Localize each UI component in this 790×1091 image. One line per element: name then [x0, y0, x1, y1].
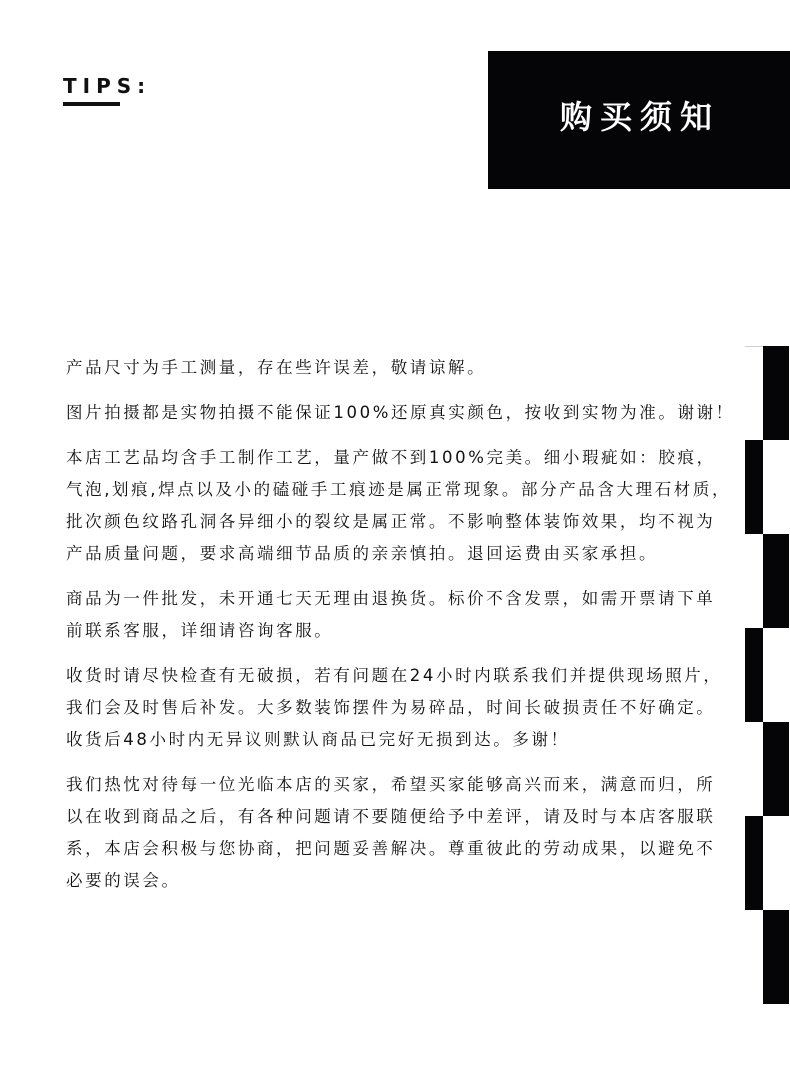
paragraph-line: 我们热忱对待每一位光临本店的买家，希望买家能够高兴而来，满意而归，所 [66, 769, 746, 801]
paragraph-line: 收货后48小时内无异议则默认商品已完好无损到达。多谢！ [66, 724, 746, 756]
paragraph-line: 商品为一件批发，未开通七天无理由退换货。标价不含发票，如需开票请下单 [66, 583, 746, 615]
paragraph-line: 产品尺寸为手工测量，存在些许误差，敬请谅解。 [66, 352, 746, 384]
tips-underline [63, 102, 120, 106]
paragraph-line: 产品质量问题，要求高端细节品质的亲亲慎拍。退回运费由买家承担。 [66, 538, 746, 570]
paragraph-line: 必要的误会。 [66, 865, 746, 897]
paragraph-line: 收货时请尽快检查有无破损，若有问题在24小时内联系我们并提供现场照片， [66, 660, 746, 692]
checker-block [745, 628, 763, 722]
notice-paragraph-photo: 图片拍摄都是实物拍摄不能保证100%还原真实颜色，按收到实物为准。谢谢！ [66, 397, 746, 429]
paragraph-line: 前联系客服，详细请咨询客服。 [66, 615, 746, 647]
checker-block [745, 440, 763, 534]
notice-paragraph-craft: 本店工艺品均含手工制作工艺，量产做不到100%完美。细小瑕疵如：胶痕， 气泡,划… [66, 442, 746, 570]
checker-block [763, 722, 789, 816]
paragraph-line: 气泡,划痕,焊点以及小的磕碰手工痕迹是属正常现象。部分产品含大理石材质， [66, 474, 746, 506]
paragraph-line: 图片拍摄都是实物拍摄不能保证100%还原真实颜色，按收到实物为准。谢谢！ [66, 397, 746, 429]
notice-paragraph-receipt: 收货时请尽快检查有无破损，若有问题在24小时内联系我们并提供现场照片， 我们会及… [66, 660, 746, 756]
paragraph-line: 本店工艺品均含手工制作工艺，量产做不到100%完美。细小瑕疵如：胶痕， [66, 442, 746, 474]
checker-block [745, 816, 763, 910]
notice-paragraph-size: 产品尺寸为手工测量，存在些许误差，敬请谅解。 [66, 352, 746, 384]
paragraph-line: 系，本店会积极与您协商，把问题妥善解决。尊重彼此的劳动成果，以避免不 [66, 833, 746, 865]
checker-top-rule [745, 346, 763, 347]
page-title: 购买须知 [560, 97, 720, 137]
checker-block [763, 346, 789, 440]
paragraph-line: 以在收到商品之后，有各种问题请不要随便给予中差评，请及时与本店客服联 [66, 801, 746, 833]
checker-block [763, 534, 789, 628]
checker-block [763, 910, 789, 1004]
notice-paragraph-wholesale: 商品为一件批发，未开通七天无理由退换货。标价不含发票，如需开票请下单 前联系客服… [66, 583, 746, 647]
title-banner: 购买须知 [488, 51, 790, 189]
notice-paragraph-service: 我们热忱对待每一位光临本店的买家，希望买家能够高兴而来，满意而归，所 以在收到商… [66, 769, 746, 897]
paragraph-line: 我们会及时售后补发。大多数装饰摆件为易碎品，时间长破损责任不好确定。 [66, 692, 746, 724]
paragraph-line: 批次颜色纹路孔洞各异细小的裂纹是属正常。不影响整体装饰效果，均不视为 [66, 506, 746, 538]
notice-content: 产品尺寸为手工测量，存在些许误差，敬请谅解。 图片拍摄都是实物拍摄不能保证100… [66, 352, 746, 910]
tips-heading: TIPS: [63, 74, 151, 98]
